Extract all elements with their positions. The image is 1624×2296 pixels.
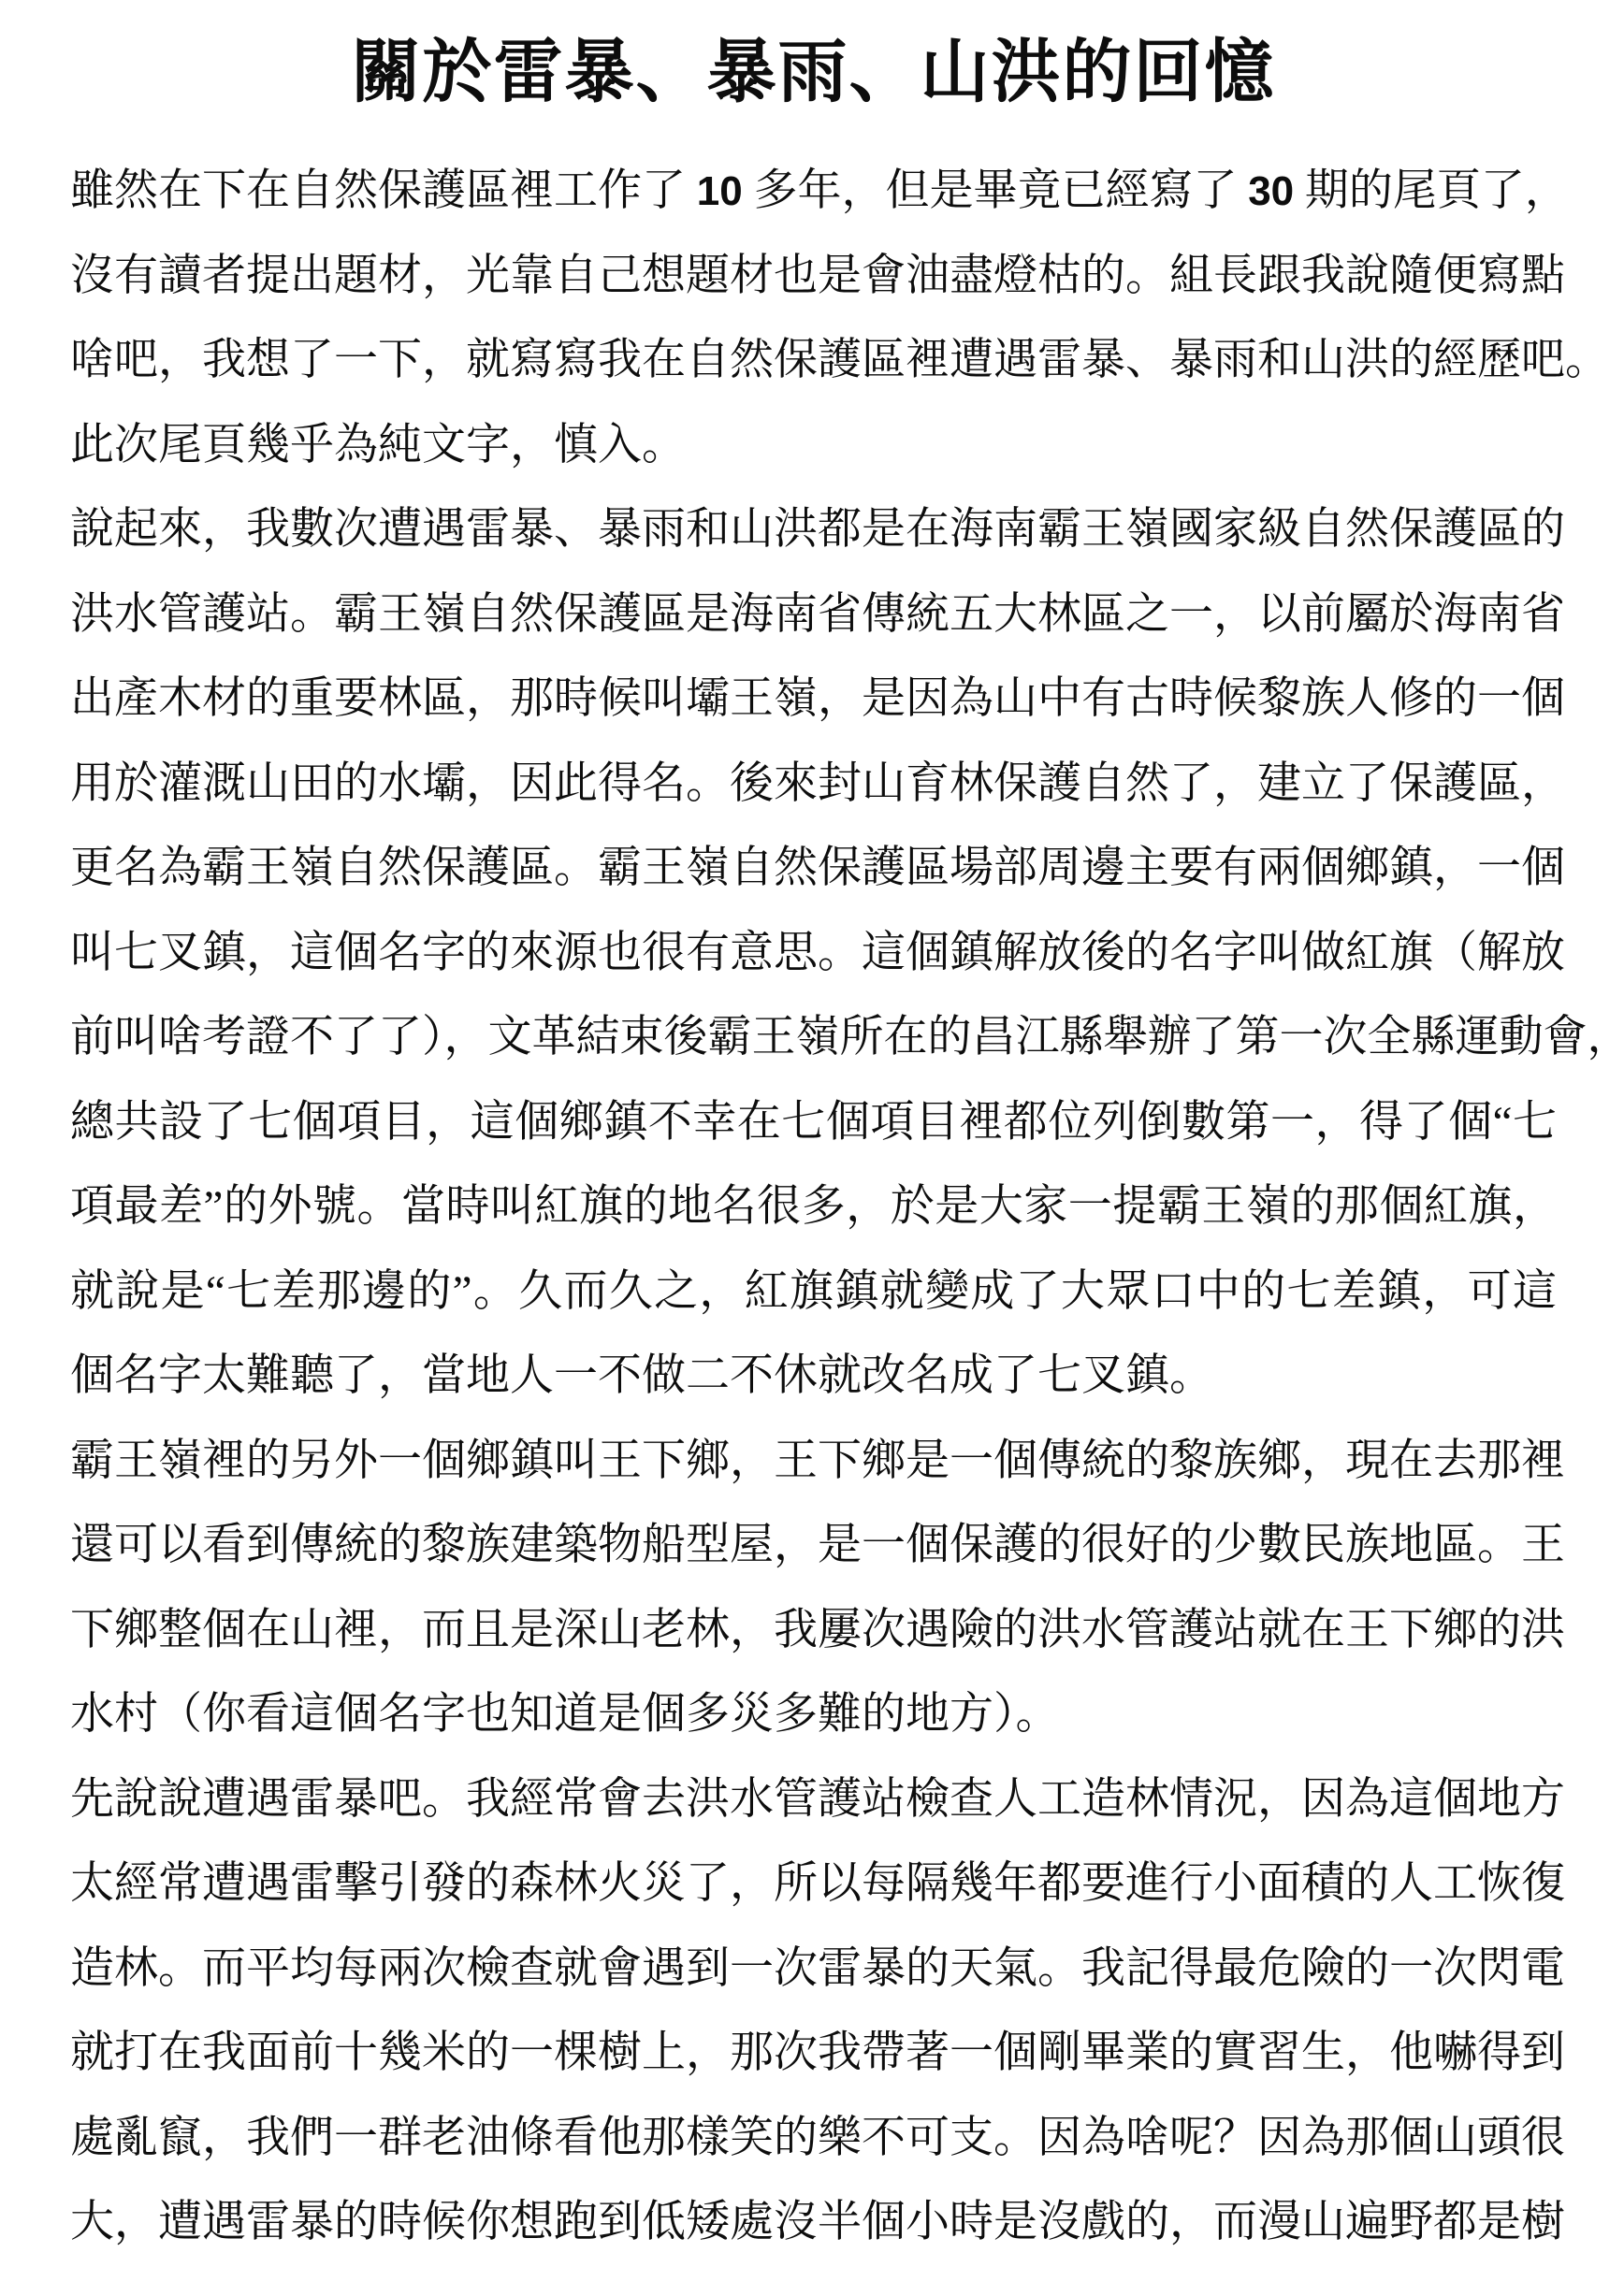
text-line: 出產木材的重要林區，那時候叫壩王嶺，是因為山中有古時候黎族人修的一個 <box>70 657 1557 742</box>
text-segment: 雖然在下在自然保護區裡工作了 <box>70 166 697 215</box>
text-line: 就打在我面前十幾米的一棵樹上，那次我帶著一個剛畢業的實習生，他嚇得到 <box>70 2011 1557 2096</box>
text-line: 太經常遭遇雷擊引發的森林火災了，所以每隔幾年都要進行小面積的人工恢復 <box>70 1841 1557 1927</box>
text-segment: 前叫啥考證不了了），文革結束後霸王嶺所在的昌江縣舉辦了第一次全縣運動會， <box>70 1013 1624 1061</box>
text-segment: 太經常遭遇雷擊引發的森林火災了，所以每隔幾年都要進行小面積的人工恢復 <box>70 1859 1565 1908</box>
text-line: 水村（你看這個名字也知道是個多災多難的地方）。 <box>70 1672 1557 1757</box>
text-line: 洪水管護站。霸王嶺自然保護區是海南省傳統五大林區之一，以前屬於海南省 <box>70 572 1557 657</box>
text-segment: 處亂竄，我們一群老油條看他那樣笑的樂不可支。因為啥呢？因為那個山頭很 <box>70 2114 1565 2162</box>
text-line: 前叫啥考證不了了），文革結束後霸王嶺所在的昌江縣舉辦了第一次全縣運動會， <box>70 995 1557 1080</box>
text-segment: 出產木材的重要林區，那時候叫壩王嶺，是因為山中有古時候黎族人修的一個 <box>70 674 1565 723</box>
bold-number: 30 <box>1248 168 1294 214</box>
text-segment: 就說是“七差那邊的”。久而久之，紅旗鎮就變成了大眾口中的七差鎮，可這 <box>70 1267 1557 1316</box>
text-segment: 大，遭遇雷暴的時候你想跑到低矮處沒半個小時是沒戲的，而漫山遍野都是樹 <box>70 2198 1565 2246</box>
text-line: 先說說遭遇雷暴吧。我經常會去洪水管護站檢查人工造林情況，因為這個地方 <box>70 1757 1557 1842</box>
text-line: 總共設了七個項目，這個鄉鎮不幸在七個項目裡都位列倒數第一，得了個“七 <box>70 1080 1557 1165</box>
text-line: 更名為霸王嶺自然保護區。霸王嶺自然保護區場部周邊主要有兩個鄉鎮，一個 <box>70 826 1557 911</box>
text-line: 個名字太難聽了，當地人一不做二不休就改名成了七叉鎮。 <box>70 1334 1557 1419</box>
text-segment: 總共設了七個項目，這個鄉鎮不幸在七個項目裡都位列倒數第一，得了個“七 <box>70 1098 1557 1147</box>
text-segment: 就打在我面前十幾米的一棵樹上，那次我帶著一個剛畢業的實習生，他嚇得到 <box>70 2029 1565 2077</box>
text-segment: 啥吧，我想了一下，就寫寫我在自然保護區裡遭遇雷暴、暴雨和山洪的經歷吧。 <box>70 336 1609 384</box>
text-line: 項最差”的外號。當時叫紅旗的地名很多，於是大家一提霸王嶺的那個紅旗， <box>70 1164 1557 1249</box>
text-segment: 說起來，我數次遭遇雷暴、暴雨和山洪都是在海南霸王嶺國家級自然保護區的 <box>70 505 1565 554</box>
text-line: 啥吧，我想了一下，就寫寫我在自然保護區裡遭遇雷暴、暴雨和山洪的經歷吧。 <box>70 318 1557 403</box>
text-line: 處亂竄，我們一群老油條看他那樣笑的樂不可支。因為啥呢？因為那個山頭很 <box>70 2096 1557 2181</box>
text-line: 沒有讀者提出題材，光靠自己想題材也是會油盡燈枯的。組長跟我說隨便寫點 <box>70 234 1557 319</box>
text-line: 造林。而平均每兩次檢查就會遇到一次雷暴的天氣。我記得最危險的一次閃電 <box>70 1927 1557 2012</box>
text-line: 雖然在下在自然保護區裡工作了 10 多年，但是畢竟已經寫了 30 期的尾頁了， <box>70 149 1557 234</box>
text-line: 此次尾頁幾乎為純文字，慎入。 <box>70 403 1557 488</box>
text-line: 大，遭遇雷暴的時候你想跑到低矮處沒半個小時是沒戲的，而漫山遍野都是樹 <box>70 2180 1557 2265</box>
text-line: 就說是“七差那邊的”。久而久之，紅旗鎮就變成了大眾口中的七差鎮，可這 <box>70 1249 1557 1335</box>
text-line: 下鄉整個在山裡，而且是深山老林，我屢次遇險的洪水管護站就在王下鄉的洪 <box>70 1588 1557 1673</box>
text-segment: 項最差”的外號。當時叫紅旗的地名很多，於是大家一提霸王嶺的那個紅旗， <box>70 1182 1557 1231</box>
text-segment: 還可以看到傳統的黎族建築物船型屋，是一個保護的很好的少數民族地區。王 <box>70 1521 1565 1569</box>
text-segment: 用於灌溉山田的水壩，因此得名。後來封山育林保護自然了，建立了保護區， <box>70 759 1565 808</box>
text-segment: 叫七叉鎮，這個名字的來源也很有意思。這個鎮解放後的名字叫做紅旗（解放 <box>70 929 1565 977</box>
text-segment: 個名字太難聽了，當地人一不做二不休就改名成了七叉鎮。 <box>70 1351 1213 1400</box>
text-segment: 多年，但是畢竟已經寫了 <box>743 166 1249 215</box>
text-line: 說起來，我數次遭遇雷暴、暴雨和山洪都是在海南霸王嶺國家級自然保護區的 <box>70 487 1557 572</box>
text-line: 用於灌溉山田的水壩，因此得名。後來封山育林保護自然了，建立了保護區， <box>70 742 1557 827</box>
document-title: 關於雷暴、暴雨、山洪的回憶 <box>70 0 1557 121</box>
text-line: 叫七叉鎮，這個名字的來源也很有意思。這個鎮解放後的名字叫做紅旗（解放 <box>70 911 1557 996</box>
text-segment: 先說說遭遇雷暴吧。我經常會去洪水管護站檢查人工造林情況，因為這個地方 <box>70 1775 1565 1824</box>
text-segment: 此次尾頁幾乎為純文字，慎入。 <box>70 421 686 469</box>
text-line: 霸王嶺裡的另外一個鄉鎮叫王下鄉，王下鄉是一個傳統的黎族鄉，現在去那裡 <box>70 1419 1557 1504</box>
text-segment: 造林。而平均每兩次檢查就會遇到一次雷暴的天氣。我記得最危險的一次閃電 <box>70 1944 1565 1993</box>
text-segment: 霸王嶺裡的另外一個鄉鎮叫王下鄉，王下鄉是一個傳統的黎族鄉，現在去那裡 <box>70 1437 1565 1485</box>
text-line: 還可以看到傳統的黎族建築物船型屋，是一個保護的很好的少數民族地區。王 <box>70 1503 1557 1588</box>
text-segment: 水村（你看這個名字也知道是個多災多難的地方）。 <box>70 1690 1060 1739</box>
text-segment: 期的尾頁了， <box>1294 166 1569 215</box>
document-body: 雖然在下在自然保護區裡工作了 10 多年，但是畢竟已經寫了 30 期的尾頁了，沒… <box>70 149 1557 2265</box>
document-page: 關於雷暴、暴雨、山洪的回憶 雖然在下在自然保護區裡工作了 10 多年，但是畢竟已… <box>0 0 1624 2296</box>
text-segment: 洪水管護站。霸王嶺自然保護區是海南省傳統五大林區之一，以前屬於海南省 <box>70 590 1565 639</box>
text-segment: 沒有讀者提出題材，光靠自己想題材也是會油盡燈枯的。組長跟我說隨便寫點 <box>70 252 1565 300</box>
text-segment: 下鄉整個在山裡，而且是深山老林，我屢次遇險的洪水管護站就在王下鄉的洪 <box>70 1606 1565 1654</box>
text-segment: 更名為霸王嶺自然保護區。霸王嶺自然保護區場部周邊主要有兩個鄉鎮，一個 <box>70 844 1565 892</box>
bold-number: 10 <box>697 168 743 214</box>
